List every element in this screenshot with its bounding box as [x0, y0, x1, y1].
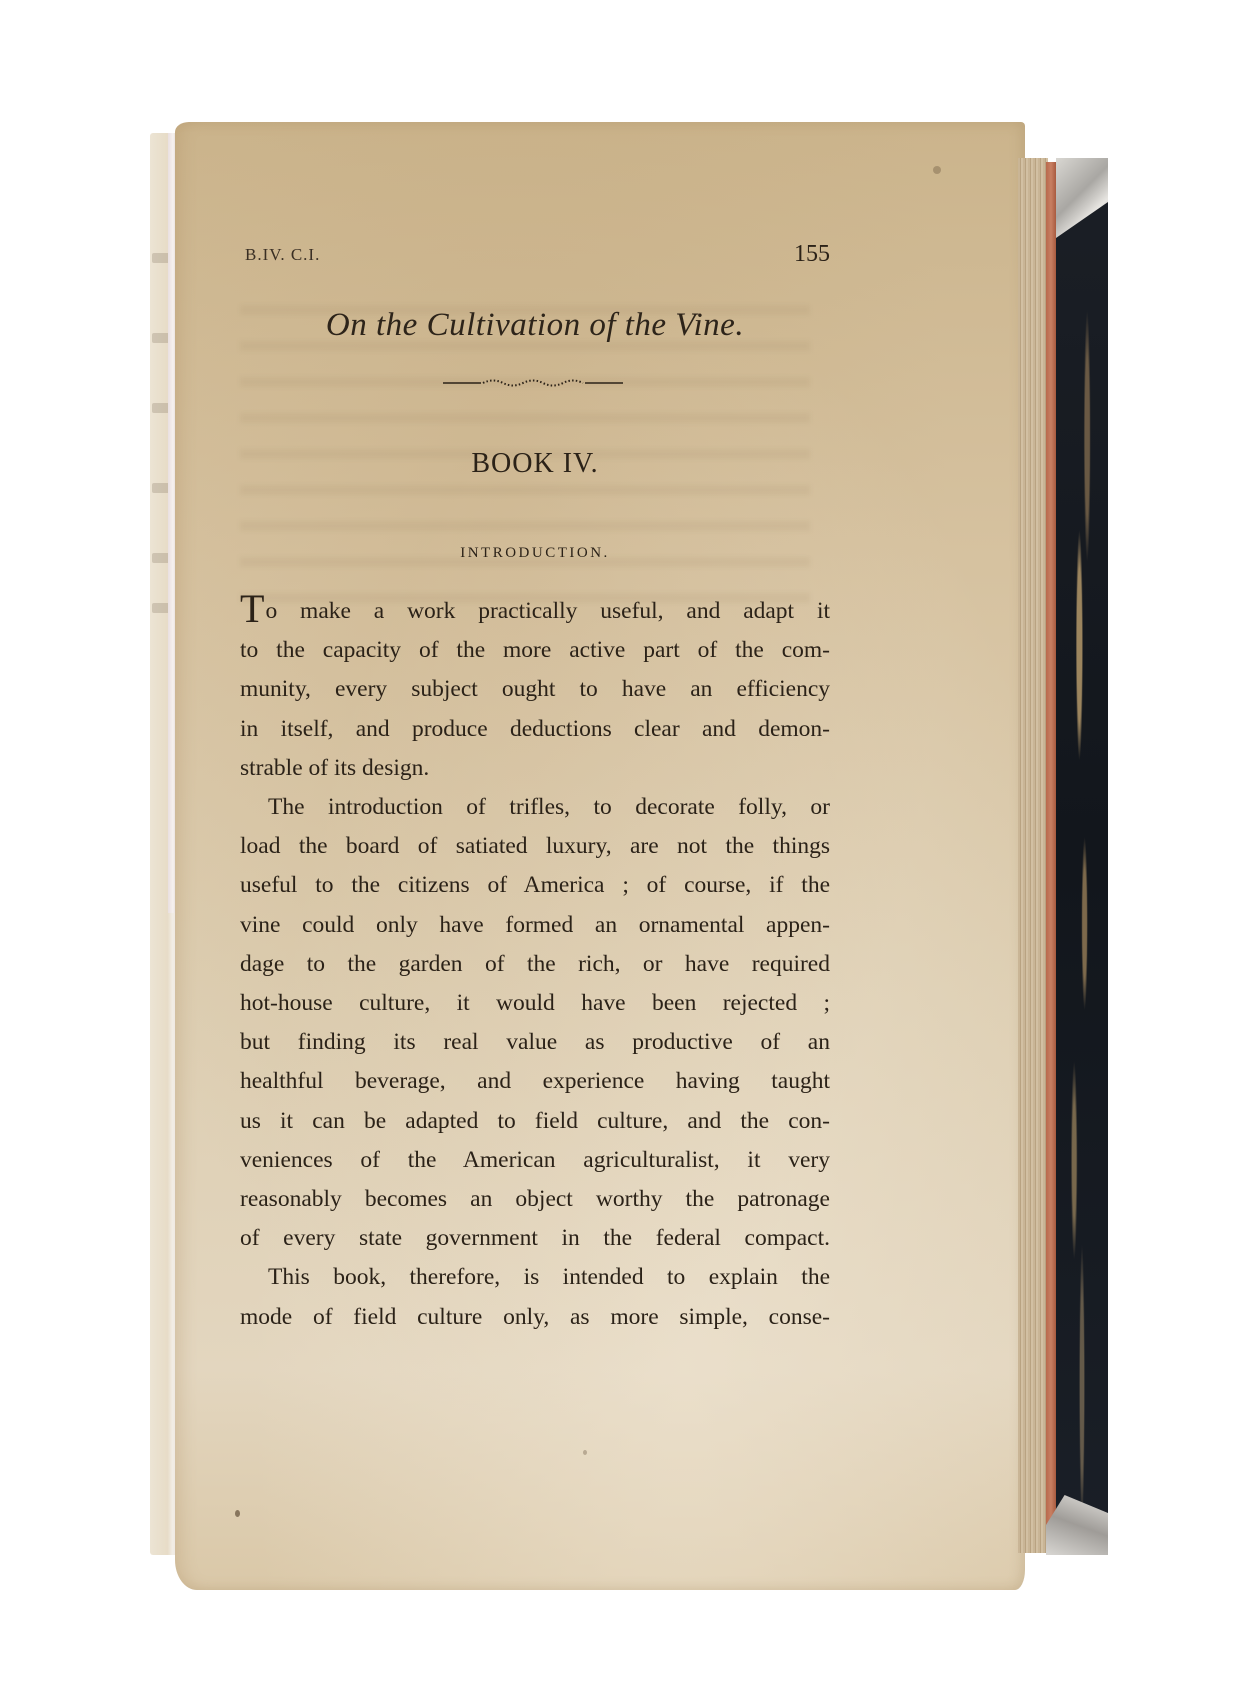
text-line: dage to the garden of the rich, or have … — [240, 945, 830, 984]
text-line: munity, every subject ought to have an e… — [240, 670, 830, 709]
text-line: To make a work practically useful, and a… — [240, 592, 830, 631]
text-line: of every state government in the federal… — [240, 1219, 830, 1258]
text-line: mode of field culture only, as more simp… — [240, 1298, 830, 1337]
text-line: reasonably becomes an object worthy the … — [240, 1180, 830, 1219]
text-line: load the board of satiated luxury, are n… — [240, 827, 830, 866]
text-line: strable of its design. — [240, 749, 830, 788]
page-title: On the Cultivation of the Vine. — [240, 307, 830, 344]
red-sprinkled-edge — [1046, 162, 1056, 1547]
text-line: vine could only have formed an ornamenta… — [240, 906, 830, 945]
paragraph-2: The introduction of trifles, to decorate… — [240, 788, 830, 1258]
ornament-rule-icon — [443, 378, 623, 388]
paragraph-1: To make a work practically useful, and a… — [240, 592, 830, 788]
foxing-spot — [933, 166, 941, 174]
text-line: in itself, and produce deductions clear … — [240, 710, 830, 749]
page-number: 155 — [794, 241, 830, 268]
book-photo: B.IV. C.I. 155 On the Cultivation of the… — [0, 0, 1248, 1701]
foxing-spot — [235, 1510, 240, 1517]
drop-cap: T — [240, 586, 264, 631]
book-heading: BOOK IV. — [240, 448, 830, 480]
text-line: but finding its real value as productive… — [240, 1023, 830, 1062]
section-heading: INTRODUCTION. — [240, 545, 830, 562]
signature-mark: B.IV. C.I. — [245, 245, 320, 265]
body-text: To make a work practically useful, and a… — [240, 592, 830, 1337]
paragraph-3: This book, therefore, is intended to exp… — [240, 1258, 830, 1336]
foxing-spot — [583, 1450, 587, 1455]
marbled-cover — [1056, 158, 1108, 1550]
text-line: us it can be adapted to field culture, a… — [240, 1102, 830, 1141]
text-line: to the capacity of the more active part … — [240, 631, 830, 670]
running-head: B.IV. C.I. 155 — [240, 245, 830, 273]
text-line: The introduction of trifles, to decorate… — [240, 788, 830, 827]
text-line: hot-house culture, it would have been re… — [240, 984, 830, 1023]
page-fore-edges — [1018, 158, 1048, 1553]
text-line: veniences of the American agriculturalis… — [240, 1141, 830, 1180]
text-line: healthful beverage, and experience havin… — [240, 1062, 830, 1101]
text-line: This book, therefore, is intended to exp… — [240, 1258, 830, 1297]
text-line: useful to the citizens of America ; of c… — [240, 866, 830, 905]
